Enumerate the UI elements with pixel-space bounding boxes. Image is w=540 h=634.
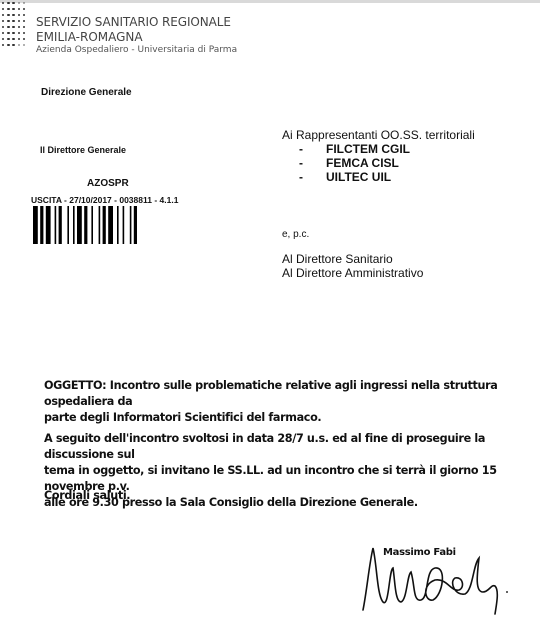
protocol-stamp: USCITA - 27/10/2017 - 0038811 - 4.1.1 xyxy=(31,195,178,205)
recipients-title: Ai Rappresentanti OO.SS. territoriali xyxy=(282,128,475,142)
recipient-item: -UILTEC UIL xyxy=(299,170,391,184)
recipient-item: -FEMCA CISL xyxy=(299,156,399,170)
cc-label: e, p.c. xyxy=(282,229,309,240)
letterhead-line1: SERVIZIO SANITARIO REGIONALE xyxy=(36,15,231,29)
sender-department: Direzione Generale xyxy=(41,87,132,98)
dot-grid-logo-icon xyxy=(0,2,28,52)
signatory-name: Massimo Fabi xyxy=(383,547,456,558)
cc-item: Al Direttore Amministrativo xyxy=(282,266,423,280)
letterhead-line3: Azienda Ospedaliero - Universitaria di P… xyxy=(36,45,237,55)
closing: Cordiali saluti. xyxy=(44,488,514,504)
protocol-code: AZOSPR xyxy=(87,178,129,189)
page-top-edge xyxy=(0,0,540,3)
subject-label: OGGETTO: xyxy=(44,379,106,392)
sender-role: Il Direttore Generale xyxy=(40,145,126,155)
barcode-icon xyxy=(33,206,155,244)
subject: OGGETTO: Incontro sulle problematiche re… xyxy=(44,378,514,426)
letterhead-line2: EMILIA-ROMAGNA xyxy=(36,30,143,44)
cc-item: Al Direttore Sanitario xyxy=(282,252,393,266)
recipient-item: -FILCTEM CGIL xyxy=(299,142,410,156)
